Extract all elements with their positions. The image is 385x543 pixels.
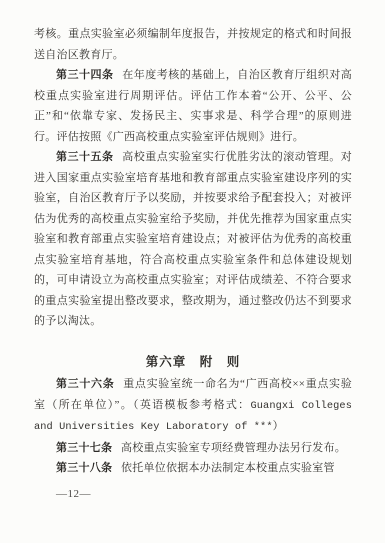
document-page: 考核。重点实验室必须编制年度报告，并按规定的格式和时间报送自治区教育厅。 第三十… bbox=[0, 0, 385, 543]
paragraph: 考核。重点实验室必须编制年度报告，并按规定的格式和时间报送自治区教育厅。 bbox=[34, 24, 352, 65]
paragraph-text: 考核。重点实验室必须编制年度报告，并按规定的格式和时间报送自治区教育厅。 bbox=[34, 28, 352, 61]
paragraph: 第三十四条在年度考核的基础上，自治区教育厅组织对高校重点实验室进行周期评估。评估… bbox=[34, 65, 352, 147]
article-number: 第三十八条 bbox=[56, 462, 112, 474]
article-number: 第三十四条 bbox=[56, 69, 114, 81]
paragraph: 第三十五条高校重点实验室实行优胜劣汰的滚动管理。对进入国家重点实验室培育基地和教… bbox=[34, 147, 352, 332]
article-number: 第三十五条 bbox=[56, 151, 114, 163]
paragraph-text: ） bbox=[273, 420, 284, 432]
paragraph: 第三十七条高校重点实验室专项经费管理办法另行发布。 bbox=[34, 438, 352, 459]
paragraph: 第三十六条重点实验室统一命名为“广西高校××重点实验室（所在单位）”。（英语模板… bbox=[34, 374, 352, 438]
article-number: 第三十七条 bbox=[56, 442, 112, 454]
document-body: 考核。重点实验室必须编制年度报告，并按规定的格式和时间报送自治区教育厅。 第三十… bbox=[34, 24, 352, 479]
paragraph-text: 依托单位依据本办法制定本校重点实验室管 bbox=[121, 462, 335, 474]
paragraph-text: 高校重点实验室专项经费管理办法另行发布。 bbox=[121, 442, 346, 454]
chapter-heading: 第六章 附 则 bbox=[34, 352, 352, 373]
paragraph: 第三十八条依托单位依据本办法制定本校重点实验室管 bbox=[34, 458, 352, 479]
paragraph-text: 高校重点实验室实行优胜劣汰的滚动管理。对进入国家重点实验室培育基地和教育部重点实… bbox=[34, 151, 352, 327]
article-number: 第三十六条 bbox=[56, 378, 114, 390]
page-number: —12— bbox=[56, 488, 91, 500]
